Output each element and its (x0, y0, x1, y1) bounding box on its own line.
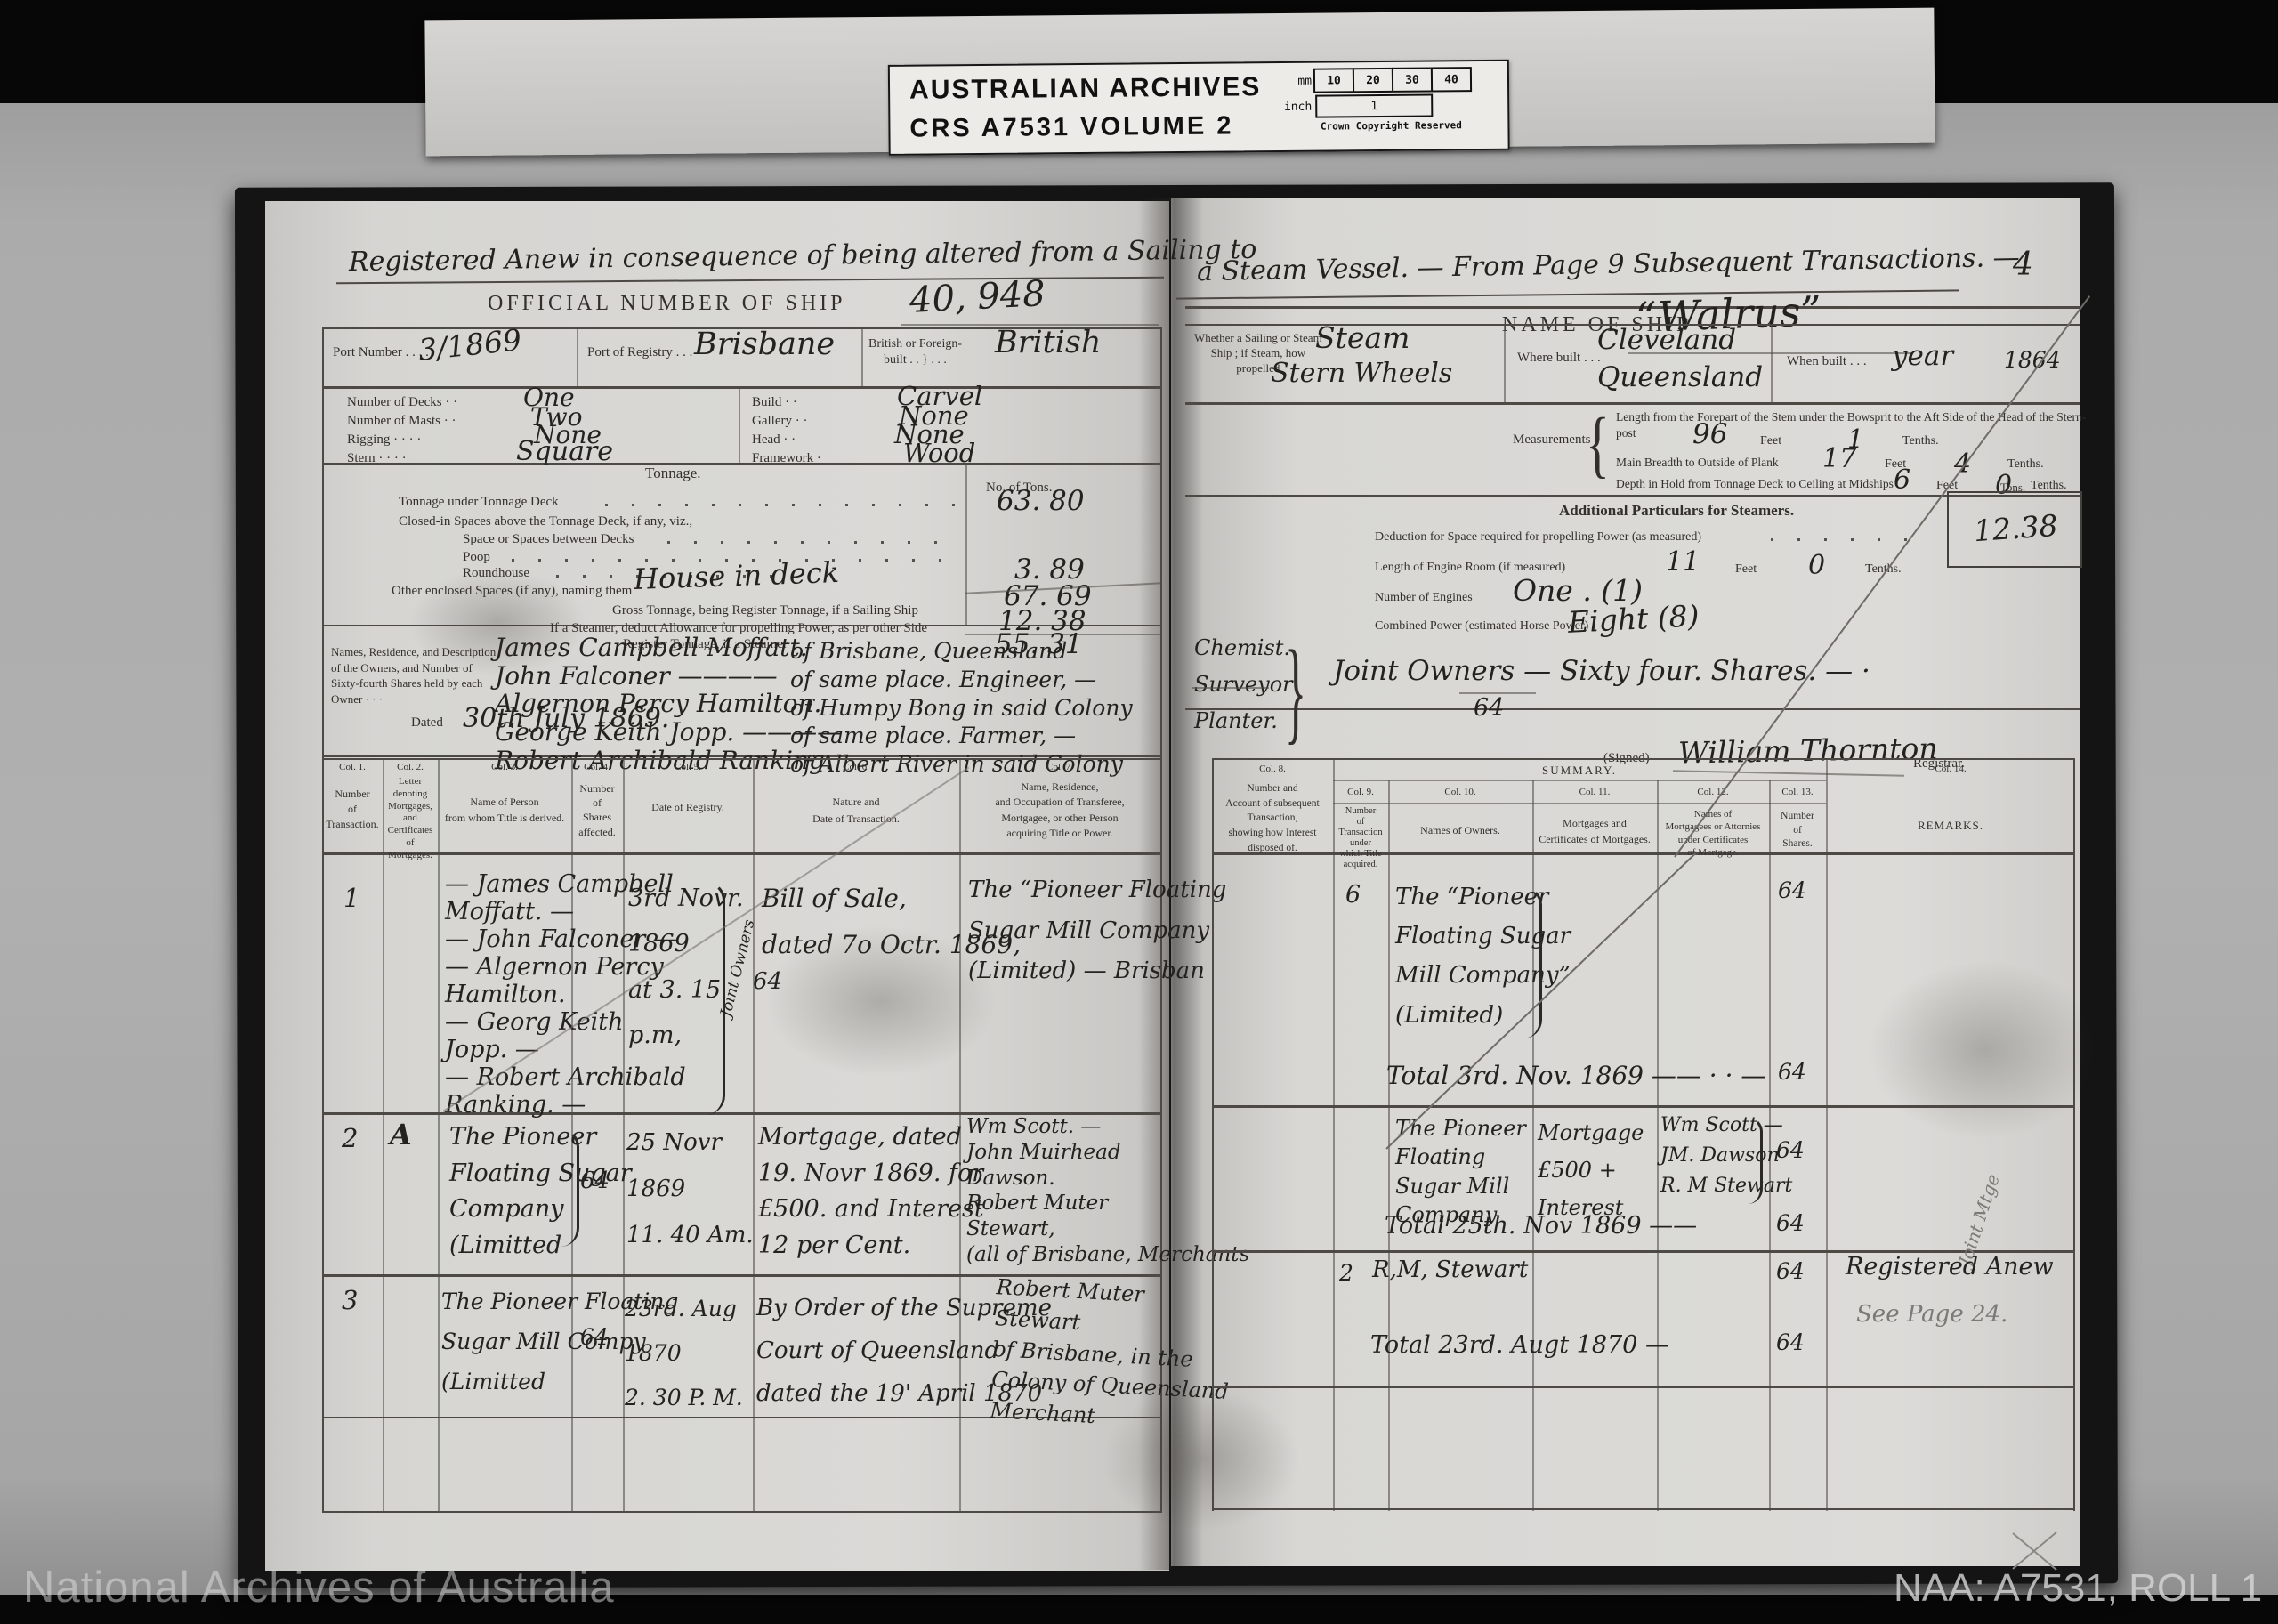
when-built-year: 1864 (2004, 347, 2061, 374)
tenths-label-1: Tenths. (1902, 434, 1939, 448)
srow3-shares: 64 (1776, 1258, 1805, 1285)
col12-header: Names of Mortgagees or Attornies under C… (1657, 808, 1769, 859)
col3-label: Col. 3. (438, 762, 571, 772)
row1-transferee: The “Pioneer Floating Sugar Mill Company… (968, 870, 1226, 992)
col12-label: Col. 12. (1657, 787, 1769, 797)
engine-room-tenths: 0 (1808, 550, 1825, 582)
measurements-label: Measurements (1513, 432, 1590, 448)
col7-label: Col. 7. (959, 762, 1160, 772)
tonnage-title: Tonnage. (645, 465, 701, 482)
srow1-total: Total 3rd. Nov. 1869 —— · · — (1386, 1061, 1765, 1091)
row2-nature: Mortgage, dated 19. Novr 1869. for £500.… (758, 1119, 984, 1264)
srow3-total-shares: 64 (1776, 1329, 1805, 1356)
srow2-total: Total 25th. Nov 1869 —— (1385, 1212, 1697, 1240)
official-number-value: 40, 948 (909, 272, 1046, 322)
copy-ruler: mm 10 20 30 40 inch 1 Crown Copyright Re… (1281, 67, 1501, 133)
joint-owners-shares: 64 (1474, 694, 1504, 723)
crown-copyright: Crown Copyright Reserved (1281, 119, 1500, 133)
srow2-total-shares: 64 (1776, 1210, 1805, 1237)
combined-power-value: Eight (8) (1567, 598, 1700, 640)
where-built-value: Cleveland Queensland (1597, 322, 1763, 397)
additional-particulars-title: Additional Particulars for Steamers. (1559, 502, 1794, 520)
framework-label: Framework · (752, 451, 821, 466)
masts-label: Number of Masts · · (347, 414, 456, 429)
decks-label: Number of Decks · · (347, 395, 457, 410)
col3-header: Name of Person from whom Title is derive… (438, 794, 571, 826)
feet-label-4: Feet (1735, 562, 1757, 577)
feet-label-1: Feet (1760, 434, 1781, 448)
col10-label: Col. 10. (1388, 787, 1532, 797)
ruler-mark: 40 (1431, 67, 1472, 92)
ruler-mark: 20 (1353, 68, 1393, 93)
srow3-transaction-no: 2 (1339, 1260, 1353, 1287)
joint-owners-line: Joint Owners — Sixty four. Shares. — · (1333, 655, 1870, 688)
other-spaces-handwritten: House in deck (633, 555, 839, 596)
srow1-owners: The “Pioneer Floating Sugar Mill Company… (1395, 877, 1571, 1035)
tonnage-under-deck-value: 63. 80 (997, 485, 1085, 518)
row1-number: 1 (343, 883, 359, 914)
col8-label: Col. 8. (1212, 764, 1333, 774)
deduction-label: Deduction for Space required for propell… (1375, 530, 1701, 545)
srow1-transaction-no: 6 (1345, 881, 1361, 909)
col13-header: Number of Shares. (1769, 810, 1826, 852)
port-number-label: Port Number . . . . (333, 345, 429, 360)
archive-scan: AUSTRALIAN ARCHIVES CRS A7531 VOLUME 2 m… (0, 0, 2278, 1624)
row2-shares: 64 (580, 1168, 610, 1195)
official-number-label: OFFICIAL NUMBER OF SHIP (488, 292, 846, 316)
col4-header: Number of Shares affected. (571, 781, 623, 839)
page-number: 4 (2013, 246, 2033, 284)
row2-transferee: Wm Scott. — John Muirhead Dawson. Robert… (966, 1114, 1249, 1268)
col1-header: Number of Transaction. (322, 787, 383, 831)
col6-header: Nature and Date of Transaction. (753, 794, 959, 828)
col10-header: Names of Owners. (1388, 824, 1532, 837)
col8-header: Number and Account of subsequent Transac… (1212, 781, 1333, 855)
ruler-mm-label: mm (1281, 74, 1315, 87)
col7-header: Name, Residence, and Occupation of Trans… (959, 780, 1160, 842)
col4-label: Col. 4. (571, 762, 623, 772)
british-foreign-value: British (995, 324, 1101, 361)
srow1-total-shares: 64 (1778, 1059, 1806, 1086)
col2-label: Col. 2. (383, 762, 438, 772)
col14-label: Col. 14. (1826, 764, 2075, 774)
combined-power-label: Combined Power (estimated Horse Power) (1375, 619, 1588, 634)
stern-wheels-value: Stern Wheels (1271, 358, 1452, 390)
col2-header: Letter denoting Mortgages, and Certifica… (383, 776, 438, 861)
ruler-inch-value: 1 (1315, 94, 1433, 118)
depth-feet-value: 6 (1894, 465, 1910, 497)
col1-label: Col. 1. (322, 762, 383, 772)
col14-header: REMARKS. (1826, 819, 2075, 833)
col6-label: Col. 6. (753, 762, 959, 772)
port-registry-label: Port of Registry . . . (587, 345, 692, 360)
spaces-between-decks-label: Space or Spaces between Decks (463, 532, 634, 547)
tenths-label-2: Tenths. (2007, 457, 2044, 472)
dated-value: 30th July 1869. (463, 703, 669, 735)
tonnage-under-deck-label: Tonnage under Tonnage Deck (399, 495, 559, 510)
gross-tonnage-label: Gross Tonnage, being Register Tonnage, i… (612, 603, 918, 618)
col11-label: Col. 11. (1532, 787, 1657, 797)
col9-header: Number of Transaction under which Title … (1333, 806, 1388, 870)
row3-number: 3 (342, 1285, 358, 1316)
srow2-mortgagees: Wm Scott — JM. Dawson R. M Stewart (1660, 1111, 1792, 1201)
ruler-inch-label: inch (1281, 100, 1315, 113)
steam-value: Steam (1315, 320, 1410, 356)
owner-occupations: Chemist. Surveyor Planter. (1194, 630, 1293, 739)
row2-number: 2 (342, 1123, 358, 1154)
dated-label: Dated (411, 715, 443, 731)
archive-title: AUSTRALIAN ARCHIVES (909, 72, 1262, 105)
poop-label: Poop (463, 550, 490, 565)
when-built-handwritten: year (1892, 340, 1953, 373)
when-built-label: When built . . . (1787, 354, 1867, 369)
stern-label: Stern · · · · (347, 451, 407, 466)
archive-label-card: AUSTRALIAN ARCHIVES CRS A7531 VOLUME 2 m… (888, 60, 1510, 156)
col13-label: Col. 13. (1769, 787, 1826, 797)
engine-room-feet: 11 (1666, 546, 1700, 578)
stern-value: Square (516, 436, 613, 468)
where-built-label: Where built . . . (1517, 351, 1601, 366)
breadth-feet-value: 17 (1822, 443, 1856, 475)
srow2-mortgage: Mortgage £500 + Interest (1538, 1114, 1644, 1226)
occupations-brace: } (1285, 623, 1306, 757)
srow1-shares: 64 (1778, 877, 1806, 904)
col11-header: Mortgages and Certificates of Mortgages. (1532, 815, 1657, 847)
closed-in-spaces-label: Closed-in Spaces above the Tonnage Deck,… (399, 514, 692, 529)
row3-shares: 64 (580, 1324, 609, 1351)
archive-series: CRS A7531 VOLUME 2 (909, 111, 1233, 143)
col9-label: Col. 9. (1333, 787, 1388, 797)
breadth-label: Main Breadth to Outside of Plank (1616, 456, 1779, 470)
length-feet-value: 96 (1692, 418, 1727, 451)
srow3-remark-pencil: See Page 24. (1856, 1301, 2007, 1329)
row1-date-of-registry: 3rd Novr. 1869 at 3. 15 p.m, (628, 876, 762, 1058)
gallery-label: Gallery · · (752, 414, 807, 429)
summary-header: SUMMARY. (1333, 764, 1826, 778)
ruler-mark: 30 (1392, 68, 1433, 93)
framework-value: Wood (903, 438, 975, 469)
srow2-shares: 64 (1776, 1137, 1805, 1164)
srow3-owners: R,M, Stewart (1372, 1256, 1528, 1284)
owner-residences: of Brisbane, Queensland of same place. E… (790, 637, 1133, 779)
archive-label-board: AUSTRALIAN ARCHIVES CRS A7531 VOLUME 2 m… (424, 8, 1935, 157)
british-foreign-label: British or Foreign- built . . } . . . (868, 336, 962, 368)
depth-label: Depth in Hold from Tonnage Deck to Ceili… (1616, 477, 1894, 491)
ruler-mark: 10 (1313, 68, 1354, 93)
number-of-engines-label: Number of Engines (1375, 591, 1473, 605)
measurements-brace: { (1586, 402, 1610, 488)
deduction-value: 12.38 (1973, 508, 2059, 549)
srow3-total: Total 23rd. Augt 1870 — (1370, 1331, 1669, 1360)
rigging-label: Rigging · · · · (347, 432, 421, 448)
naa-watermark: National Archives of Australia (23, 1563, 615, 1612)
port-registry-value: Brisbane (694, 326, 835, 363)
tons-box-label: Tons. (1947, 481, 2079, 495)
build-label: Build · · (752, 395, 797, 410)
srow3-remark-ink: Registered Anew (1846, 1253, 2054, 1281)
head-label: Head · · (752, 432, 796, 448)
row2-date-of-registry: 25 Novr 1869 11. 40 Am. (626, 1119, 755, 1258)
col5-label: Col. 5. (623, 762, 753, 772)
row2-letter: A (390, 1118, 412, 1151)
roll-reference: NAA: A7531, ROLL 1 (1894, 1566, 2262, 1611)
row3-date-of-registry: 23rd. Aug 1870 2. 30 P. M. (625, 1287, 754, 1420)
col5-header: Date of Registry. (623, 801, 753, 814)
